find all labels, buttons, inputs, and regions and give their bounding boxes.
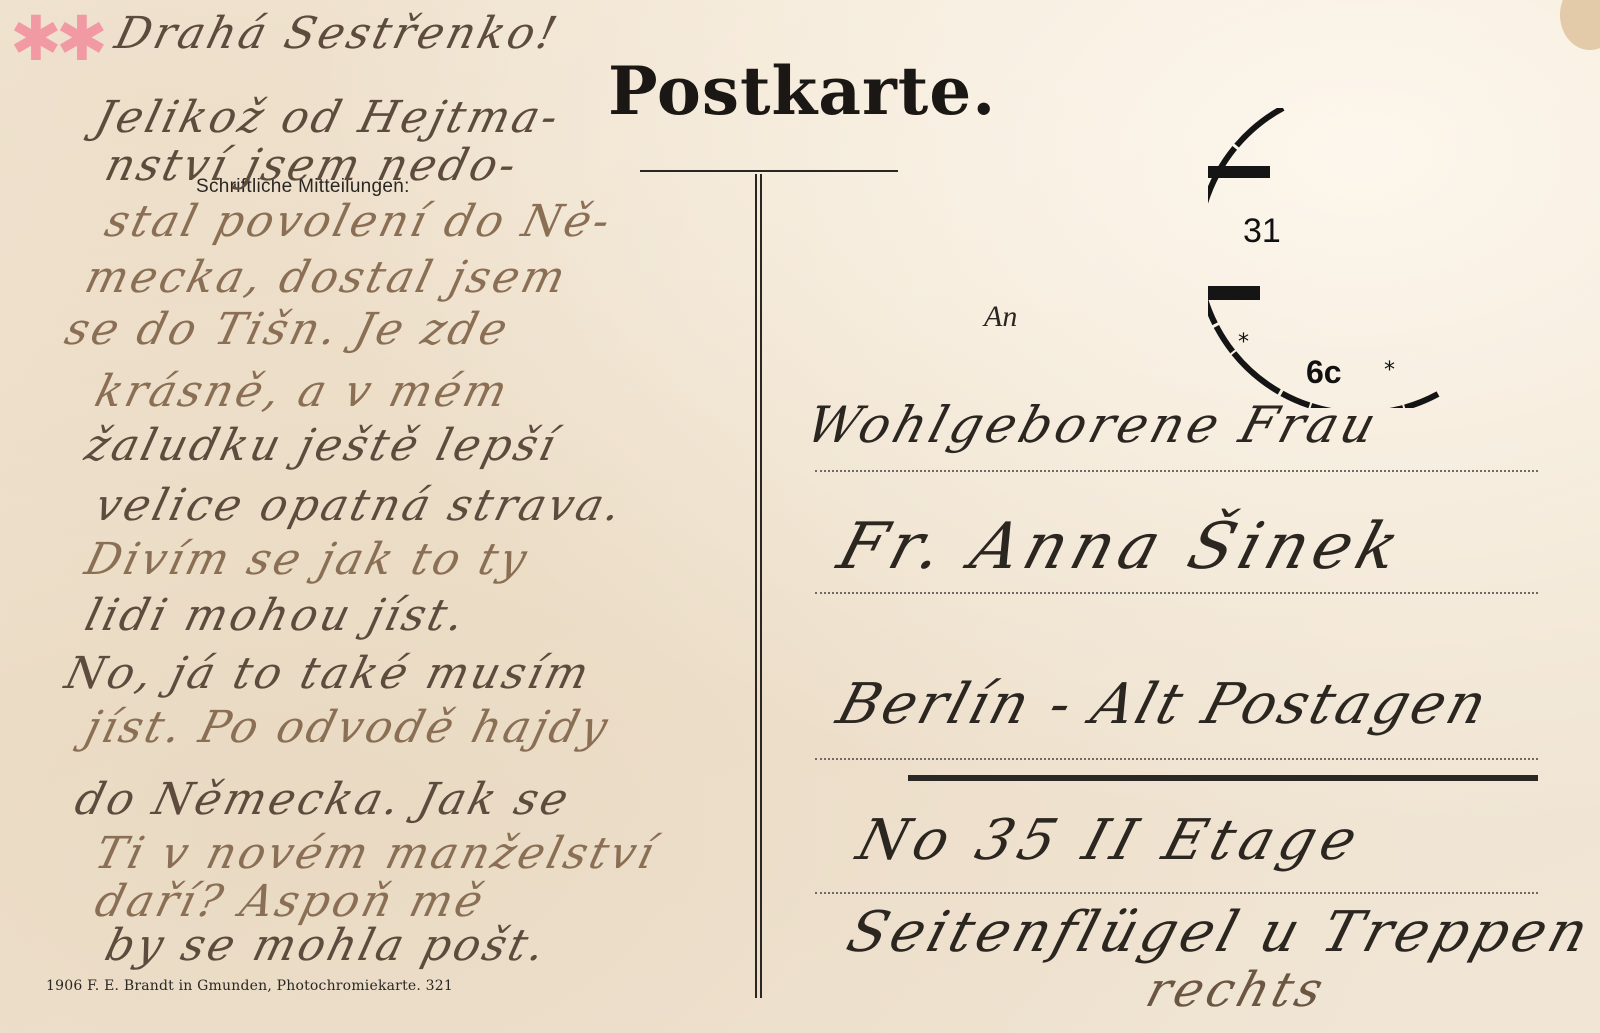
message-line: lidi mohou jíst. (80, 590, 472, 641)
address-line-1 (815, 470, 1538, 472)
address-number-floor: No 35 II Etage (850, 808, 1370, 873)
address-heavy-rule (908, 775, 1538, 781)
address-city-street: Berlín - Alt Postagen (830, 672, 1497, 737)
address-heading: An (984, 300, 1017, 334)
postmark-star-icon: * (1384, 358, 1395, 383)
postmark-date: 31 (1243, 212, 1281, 251)
message-line: stal povolení do Ně- (100, 196, 618, 247)
message-line: by se mohla pošt. (100, 920, 553, 971)
address-line-3 (815, 758, 1538, 760)
vertical-divider (755, 174, 762, 998)
message-line: jíst. Po odvodě hajdy (80, 702, 615, 753)
message-line: žaludku ještě lepší (80, 420, 564, 471)
address-recipient-name: Fr. Anna Šinek (830, 510, 1413, 584)
paper-wear (1560, 0, 1600, 50)
message-line: mecka, dostal jsem (80, 252, 573, 303)
message-line: Jelikož od Hejtma- (90, 92, 566, 143)
message-line: Ti v novém manželství (90, 828, 662, 879)
address-details-line-1: Seitenflügel u Treppen (840, 900, 1599, 965)
message-line: velice opatná strava. (90, 480, 629, 531)
message-line: krásně, a v mém (90, 366, 515, 417)
message-line: do Německa. Jak se (70, 774, 576, 825)
title-rule (640, 170, 898, 172)
message-line: Divím se jak to ty (80, 534, 535, 585)
address-details-line-2: rechts (1140, 962, 1333, 1018)
postmark-star-icon: * (1238, 330, 1249, 355)
address-line-4 (815, 892, 1538, 894)
postmark-stamp (1208, 108, 1508, 408)
message-line: se do Tišn. Je zde (60, 304, 515, 355)
address-line-2 (815, 592, 1538, 594)
postcard-title: Postkarte. (608, 52, 996, 130)
postmark-code: 6c (1306, 354, 1342, 391)
message-line: Drahá Sestřenko! (110, 8, 565, 59)
publisher-imprint: 1906 F. E. Brandt in Gmunden, Photochrom… (46, 978, 453, 994)
message-line: No, já to také musím (60, 648, 597, 699)
postcard: ✱✱ Postkarte. Schriftliche Mitteilungen:… (0, 0, 1600, 1033)
message-line: nství jsem nedo- (100, 140, 524, 191)
pink-asterisk-ornament-icon: ✱✱ (10, 8, 102, 70)
